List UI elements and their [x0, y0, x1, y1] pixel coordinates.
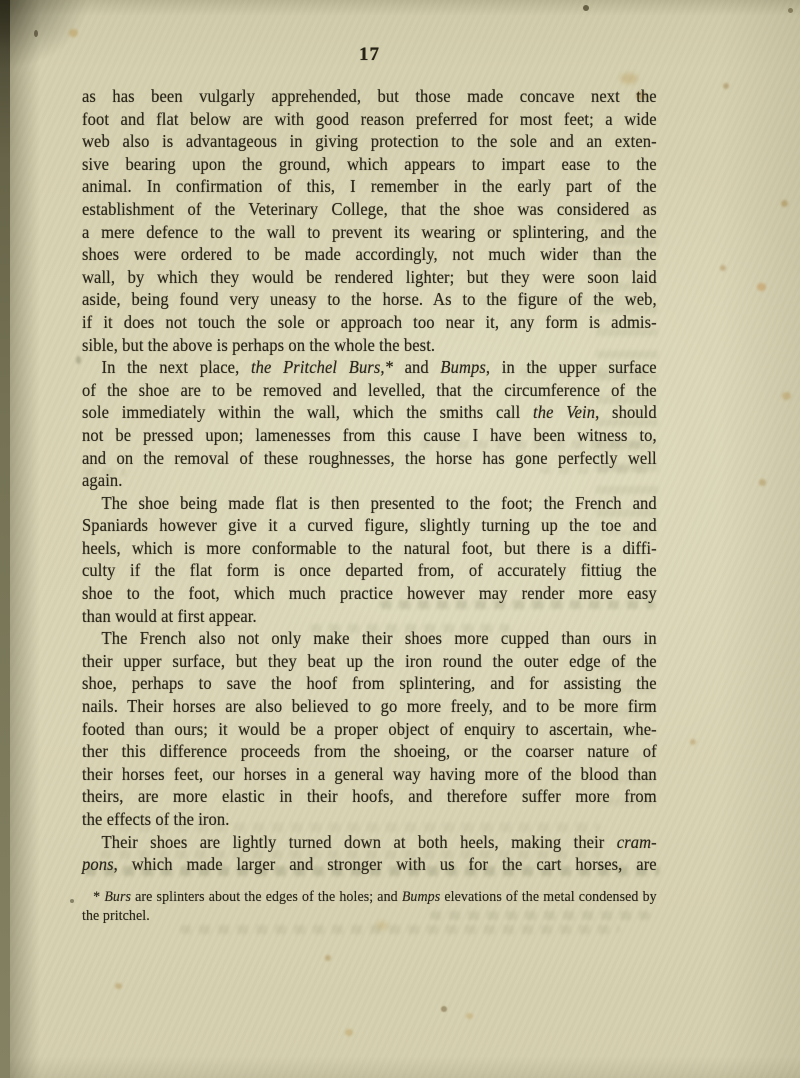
- text-line: shoe to the foot, which much practice ho…: [82, 582, 657, 605]
- text-run: Their shoes are lightly turned down at b…: [102, 832, 617, 852]
- text-run: nails. Their horses are also believed to…: [82, 696, 657, 716]
- text-run: The French also not only make their shoe…: [102, 628, 657, 648]
- text-line: shoe, perhaps to save the hoof from spli…: [82, 672, 657, 695]
- foxing-spot: [723, 83, 729, 89]
- text-line: the pritchel.: [82, 907, 657, 926]
- text-line: sole immediately within the wall, which …: [82, 401, 657, 424]
- text-line: if it does not touch the sole or approac…: [82, 311, 657, 334]
- text-run: heels, which is more conformable to the …: [82, 538, 657, 558]
- foxing-spot: [759, 479, 766, 486]
- text-run: the effects of the iron.: [82, 809, 229, 829]
- foxing-spot: [782, 392, 791, 400]
- scan-left-edge-fade: [10, 0, 40, 1078]
- text-run: sible, but the above is perhaps on the w…: [82, 335, 435, 355]
- text-line: shoes were ordered to be made accordingl…: [82, 243, 657, 266]
- text-run: and: [393, 357, 440, 377]
- text-line: * Burs are splinters about the edges of …: [82, 888, 657, 907]
- ink-speck: [70, 899, 74, 903]
- foxing-spot: [325, 955, 331, 961]
- text-run: establishment of the Veterinary College,…: [82, 199, 657, 219]
- text-line: In the next place, the Pritchel Burs,* a…: [82, 356, 657, 379]
- foxing-spot: [690, 739, 696, 745]
- text-run: again.: [82, 470, 123, 490]
- text-run: than would at first appear.: [82, 606, 257, 626]
- italic-text-run: the Vein: [533, 402, 595, 422]
- text-line: sible, but the above is perhaps on the w…: [82, 334, 657, 357]
- text-line: culty if the flat form is once departed …: [82, 559, 657, 582]
- text-run: sole immediately within the wall, which …: [82, 402, 533, 422]
- foxing-spot: [757, 283, 766, 291]
- text-line: foot and flat below are with good reason…: [82, 108, 657, 131]
- text-run: shoe to the foot, which much practice ho…: [82, 583, 657, 603]
- text-run: , which made larger and stronger with us…: [114, 854, 657, 874]
- text-line: Spaniards however give it a curved figur…: [82, 514, 657, 537]
- text-line: The shoe being made flat is then present…: [82, 492, 657, 515]
- footnote-block: * Burs are splinters about the edges of …: [82, 888, 657, 926]
- scan-top-left-corner-shadow: [0, 0, 90, 70]
- text-line: ther this difference proceeds from the s…: [82, 740, 657, 763]
- text-run: and on the removal of these roughnesses,…: [82, 448, 657, 468]
- text-line: nails. Their horses are also believed to…: [82, 695, 657, 718]
- text-line: as has been vulgarly apprehended, but th…: [82, 85, 657, 108]
- text-line: their upper surface, but they beat up th…: [82, 650, 657, 673]
- text-run: animal. In confirmation of this, I remem…: [82, 176, 657, 196]
- page-number: 17: [82, 44, 657, 66]
- text-run: if it does not touch the sole or approac…: [82, 312, 657, 332]
- text-run: not be pressed upon; lamenesses from thi…: [82, 425, 657, 445]
- italic-text-run: cram-: [617, 832, 657, 852]
- ink-speck: [583, 5, 589, 11]
- text-line: footed than ours; it would be a proper o…: [82, 718, 657, 741]
- ink-speck: [441, 1006, 447, 1012]
- text-run: , in the upper surface: [486, 357, 657, 377]
- italic-text-run: the Pritchel Burs,*: [251, 357, 393, 377]
- text-run: foot and flat below are with good reason…: [82, 109, 657, 129]
- text-line: not be pressed upon; lamenesses from thi…: [82, 424, 657, 447]
- text-line: the effects of the iron.: [82, 808, 657, 831]
- text-run: as has been vulgarly apprehended, but th…: [82, 86, 657, 106]
- text-line: Their shoes are lightly turned down at b…: [82, 831, 657, 854]
- italic-text-run: Bumps: [440, 357, 485, 377]
- text-run: of the shoe are to be removed and levell…: [82, 380, 657, 400]
- text-line: and on the removal of these roughnesses,…: [82, 447, 657, 470]
- text-run: shoes were ordered to be made accordingl…: [82, 244, 657, 264]
- text-line: web also is advantageous in giving prote…: [82, 130, 657, 153]
- foxing-spot: [115, 983, 122, 989]
- italic-text-run: pons: [82, 854, 114, 874]
- text-line: again.: [82, 469, 657, 492]
- text-line: than would at first appear.: [82, 605, 657, 628]
- body-text-block: as has been vulgarly apprehended, but th…: [82, 85, 657, 876]
- text-run: Spaniards however give it a curved figur…: [82, 515, 657, 535]
- text-line: pons, which made larger and stronger wit…: [82, 853, 657, 876]
- text-run: ther this difference proceeds from the s…: [82, 741, 657, 761]
- foxing-spot: [466, 1013, 473, 1019]
- text-line: their horses feet, our horses in a gener…: [82, 763, 657, 786]
- text-run: , should: [595, 402, 657, 422]
- text-line: sive bearing upon the ground, which appe…: [82, 153, 657, 176]
- text-run: elevations of the metal condensed by: [440, 889, 656, 905]
- show-through-text: [180, 925, 620, 934]
- text-line: a mere defence to the wall to prevent it…: [82, 221, 657, 244]
- text-run: The shoe being made flat is then present…: [102, 493, 657, 513]
- text-run: web also is advantageous in giving prote…: [82, 131, 657, 151]
- text-line: of the shoe are to be removed and levell…: [82, 379, 657, 402]
- text-line: theirs, are more elastic in their hoofs,…: [82, 785, 657, 808]
- text-line: heels, which is more conformable to the …: [82, 537, 657, 560]
- italic-text-run: Bumps: [402, 889, 440, 905]
- ink-speck: [76, 356, 81, 364]
- ink-speck: [788, 8, 793, 13]
- text-run: aside, being found very uneasy to the ho…: [82, 289, 657, 309]
- text-run: shoe, perhaps to save the hoof from spli…: [82, 673, 657, 693]
- foxing-spot: [620, 73, 638, 84]
- text-run: their horses feet, our horses in a gener…: [82, 764, 657, 784]
- text-run: In the next place,: [102, 357, 251, 377]
- text-line: wall, by which they would be rendered li…: [82, 266, 657, 289]
- text-run: culty if the flat form is once departed …: [82, 560, 657, 580]
- book-page-scan: 17 as has been vulgarly apprehended, but…: [0, 0, 800, 1078]
- text-run: a mere defence to the wall to prevent it…: [82, 222, 657, 242]
- text-run: theirs, are more elastic in their hoofs,…: [82, 786, 657, 806]
- text-run: their upper surface, but they beat up th…: [82, 651, 657, 671]
- foxing-spot: [720, 265, 726, 271]
- foxing-spot: [345, 1029, 353, 1036]
- scan-left-edge-shadow: [0, 0, 10, 1078]
- text-line: aside, being found very uneasy to the ho…: [82, 288, 657, 311]
- foxing-spot: [781, 200, 788, 207]
- text-run: the pritchel.: [82, 908, 150, 924]
- text-line: animal. In confirmation of this, I remem…: [82, 175, 657, 198]
- text-run: sive bearing upon the ground, which appe…: [82, 154, 657, 174]
- text-line: establishment of the Veterinary College,…: [82, 198, 657, 221]
- text-run: *: [93, 889, 104, 905]
- text-line: The French also not only make their shoe…: [82, 627, 657, 650]
- text-run: wall, by which they would be rendered li…: [82, 267, 657, 287]
- text-run: are splinters about the edges of the hol…: [131, 889, 402, 905]
- italic-text-run: Burs: [104, 889, 131, 905]
- text-run: footed than ours; it would be a proper o…: [82, 719, 657, 739]
